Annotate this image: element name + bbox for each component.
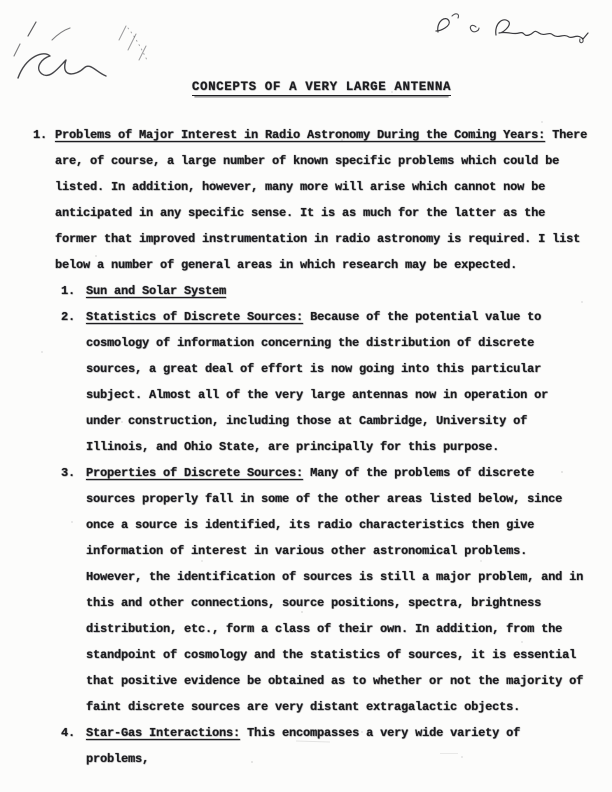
item-heading: Star-Gas Interactions: <box>86 726 240 740</box>
section-number: 1. <box>33 122 47 148</box>
item-heading: Properties of Discrete Sources: <box>86 466 303 480</box>
section-heading: Problems of Major Interest in Radio Astr… <box>55 128 545 142</box>
document-title-text: CONCEPTS OF A VERY LARGE ANTENNA <box>192 80 451 96</box>
section-body: There are, of course, a large number of … <box>55 128 587 272</box>
document-title: CONCEPTS OF A VERY LARGE ANTENNA <box>55 74 588 100</box>
document-content: CONCEPTS OF A VERY LARGE ANTENNA 1. Prob… <box>55 74 588 772</box>
item-heading: Statistics of Discrete Sources: <box>86 310 303 324</box>
list-item-star-gas-interactions: 4.Star-Gas Interactions: This encompasse… <box>55 720 588 772</box>
scanned-document-page: CONCEPTS OF A VERY LARGE ANTENNA 1. Prob… <box>0 0 612 792</box>
research-areas-list: 1.Sun and Solar System 2.Statistics of D… <box>55 278 588 772</box>
handwritten-signature-top-right <box>426 8 596 46</box>
item-body: Many of the problems of discrete sources… <box>86 466 583 714</box>
item-heading: Sun and Solar System <box>86 284 226 298</box>
item-number: 1. <box>61 278 75 304</box>
item-number: 3. <box>61 460 75 486</box>
item-number: 2. <box>61 304 75 330</box>
item-number: 4. <box>61 720 75 746</box>
list-item-sun-and-solar-system: 1.Sun and Solar System <box>55 278 588 304</box>
list-item-statistics-of-discrete-sources: 2.Statistics of Discrete Sources: Becaus… <box>55 304 588 460</box>
item-body: Because of the potential value to cosmol… <box>86 310 548 454</box>
section-1: 1. Problems of Major Interest in Radio A… <box>55 122 588 278</box>
section-paragraph: Problems of Major Interest in Radio Astr… <box>55 122 588 278</box>
list-item-properties-of-discrete-sources: 3.Properties of Discrete Sources: Many o… <box>55 460 588 720</box>
